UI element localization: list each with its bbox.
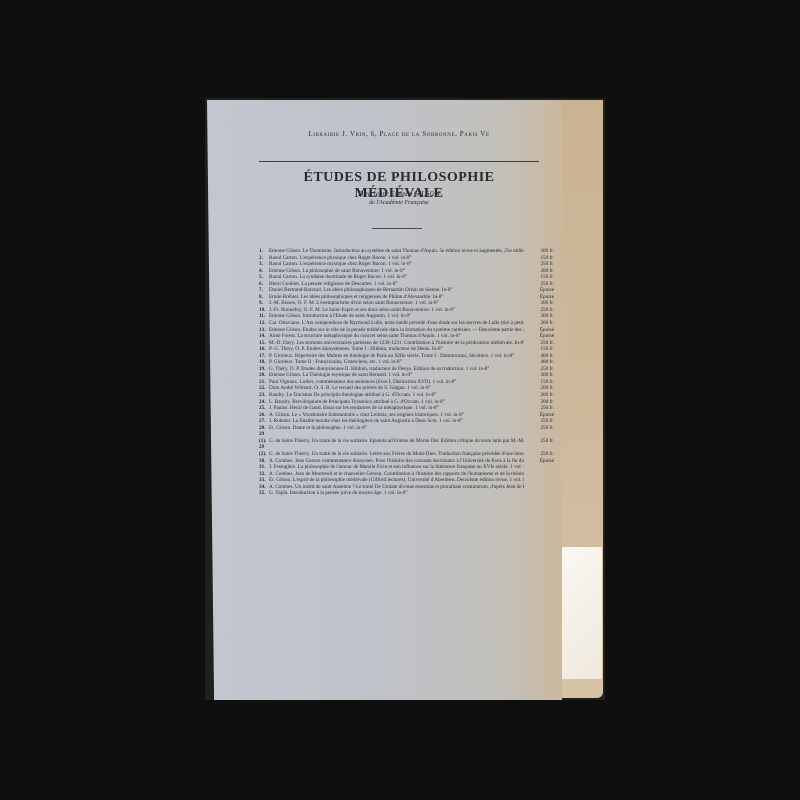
publisher-line: Librairie J. Vrin, 6, Place de la Sorbon… [259, 130, 539, 138]
bottom-rule [259, 738, 539, 739]
director-line: Directeur : Etienne GILSON [259, 190, 539, 198]
entry-title: Et. Gilson. Dante et la philosophie. 1 v… [269, 425, 524, 432]
entry-title: G. de Saint-Thierry. Un traité de la vie… [269, 438, 524, 445]
entry-price: 250 fr. [524, 438, 554, 445]
entry-number: 29 (1). [259, 431, 269, 444]
entry-title: G. Vajda. Introduction à la pensée juive… [269, 490, 524, 497]
short-rule [372, 228, 422, 229]
entry-price: Épuisé [524, 458, 554, 465]
top-rule [259, 161, 539, 162]
catalog-entry: 29 (1).G. de Saint-Thierry. Un traité de… [259, 431, 554, 444]
printer-line: Imprimerie A. Bontemps, Limoges. [259, 742, 539, 749]
entry-number: 29 (2). [259, 444, 269, 457]
director-label: Directeur : [358, 190, 389, 198]
academy-line: de l'Académie Française [259, 200, 539, 206]
white-paper-corner [562, 547, 602, 679]
catalog-entry: 28.Et. Gilson. Dante et la philosophie. … [259, 425, 554, 432]
catalog-list: 1.Etienne Gilson. Le Thomisme. Introduct… [259, 248, 554, 497]
entry-number: 35. [259, 490, 269, 497]
director-name: Etienne GILSON [391, 190, 440, 198]
catalog-entry: 29 (2).G. de Saint-Thierry. Un traité de… [259, 444, 554, 457]
catalog-entry: 35.G. Vajda. Introduction à la pensée ju… [259, 490, 554, 497]
catalog-page: Librairie J. Vrin, 6, Place de la Sorbon… [207, 100, 562, 700]
entry-price: 250 fr. [524, 425, 554, 432]
